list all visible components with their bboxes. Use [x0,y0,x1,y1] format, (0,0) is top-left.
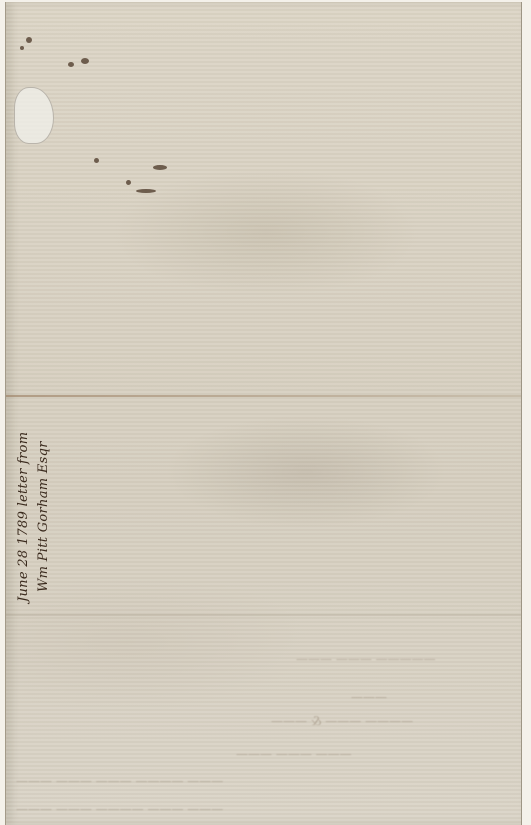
ink-stain [153,165,167,170]
ink-stain [20,46,24,50]
bleed-through-text: ——— ——— ———— ——— ——— [16,802,223,816]
ink-stain [26,37,32,43]
ink-stain [136,189,156,193]
bleed-through-text: ——— ——— ——— [236,747,352,761]
docket-line-2: Wm Pitt Gorham Esqr [34,432,54,602]
bleed-through-text: ————— ——— ——— [296,652,436,666]
docket-line-1: June 28 1789 letter from [14,432,34,602]
ink-stain [126,180,131,185]
fold-line [6,395,521,397]
ink-stain [94,158,99,163]
bleed-through-text: ——— ———— ——— ——— ——— [16,774,223,788]
docket-inscription: June 28 1789 letter from Wm Pitt Gorham … [14,432,54,602]
ink-stain [81,58,89,64]
fold-line [6,614,521,616]
paper-texture [6,2,521,825]
bleed-through-text: ——— [351,690,387,704]
ink-stain [68,62,74,67]
bleed-through-text: ———— ——— & ——— [271,714,413,728]
letter-sheet: June 28 1789 letter from Wm Pitt Gorham … [5,2,522,825]
